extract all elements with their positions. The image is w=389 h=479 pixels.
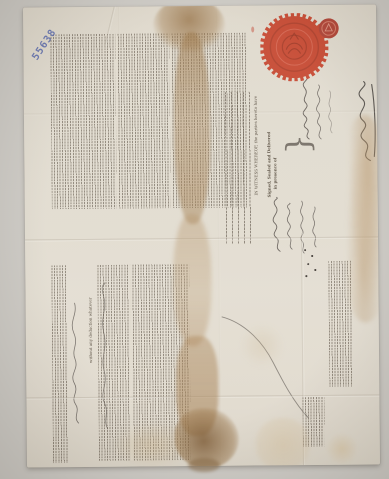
handwritten-name-insertion <box>70 300 83 425</box>
printed-endorsement-column-a <box>328 261 353 387</box>
printed-body-lower-block <box>97 264 191 461</box>
file-number-stamp: 55638 <box>33 21 103 74</box>
stain-faint-ring-2 <box>325 433 359 465</box>
red-offset-speck <box>251 27 254 33</box>
printed-opening-paragraph <box>51 265 69 463</box>
witness-signature-2 <box>285 201 296 251</box>
deduction-clause-text: without any deduction whatever <box>88 297 94 363</box>
witness-signature-1 <box>271 195 285 253</box>
attestation-line-1: Signed, Sealed and Delivered <box>266 132 272 198</box>
printed-closing-clauses <box>225 92 252 244</box>
party-signature-4 <box>356 78 377 164</box>
party-signature-1 <box>301 75 314 141</box>
pen-flourish-line <box>216 310 315 423</box>
photo-of-document: IN WITNESS WHEREOF, the parties hereto h… <box>0 0 389 479</box>
file-number-text: 55638 <box>30 27 59 62</box>
witness-signature-4 <box>310 205 320 249</box>
small-red-stamp <box>318 18 339 39</box>
ink-specks <box>301 245 321 281</box>
fold-crease-horizontal-middle <box>25 236 378 241</box>
document-paper-sheet: IN WITNESS WHEREOF, the parties hereto h… <box>23 4 380 467</box>
stain-overflow-bottom-edge <box>188 458 220 472</box>
